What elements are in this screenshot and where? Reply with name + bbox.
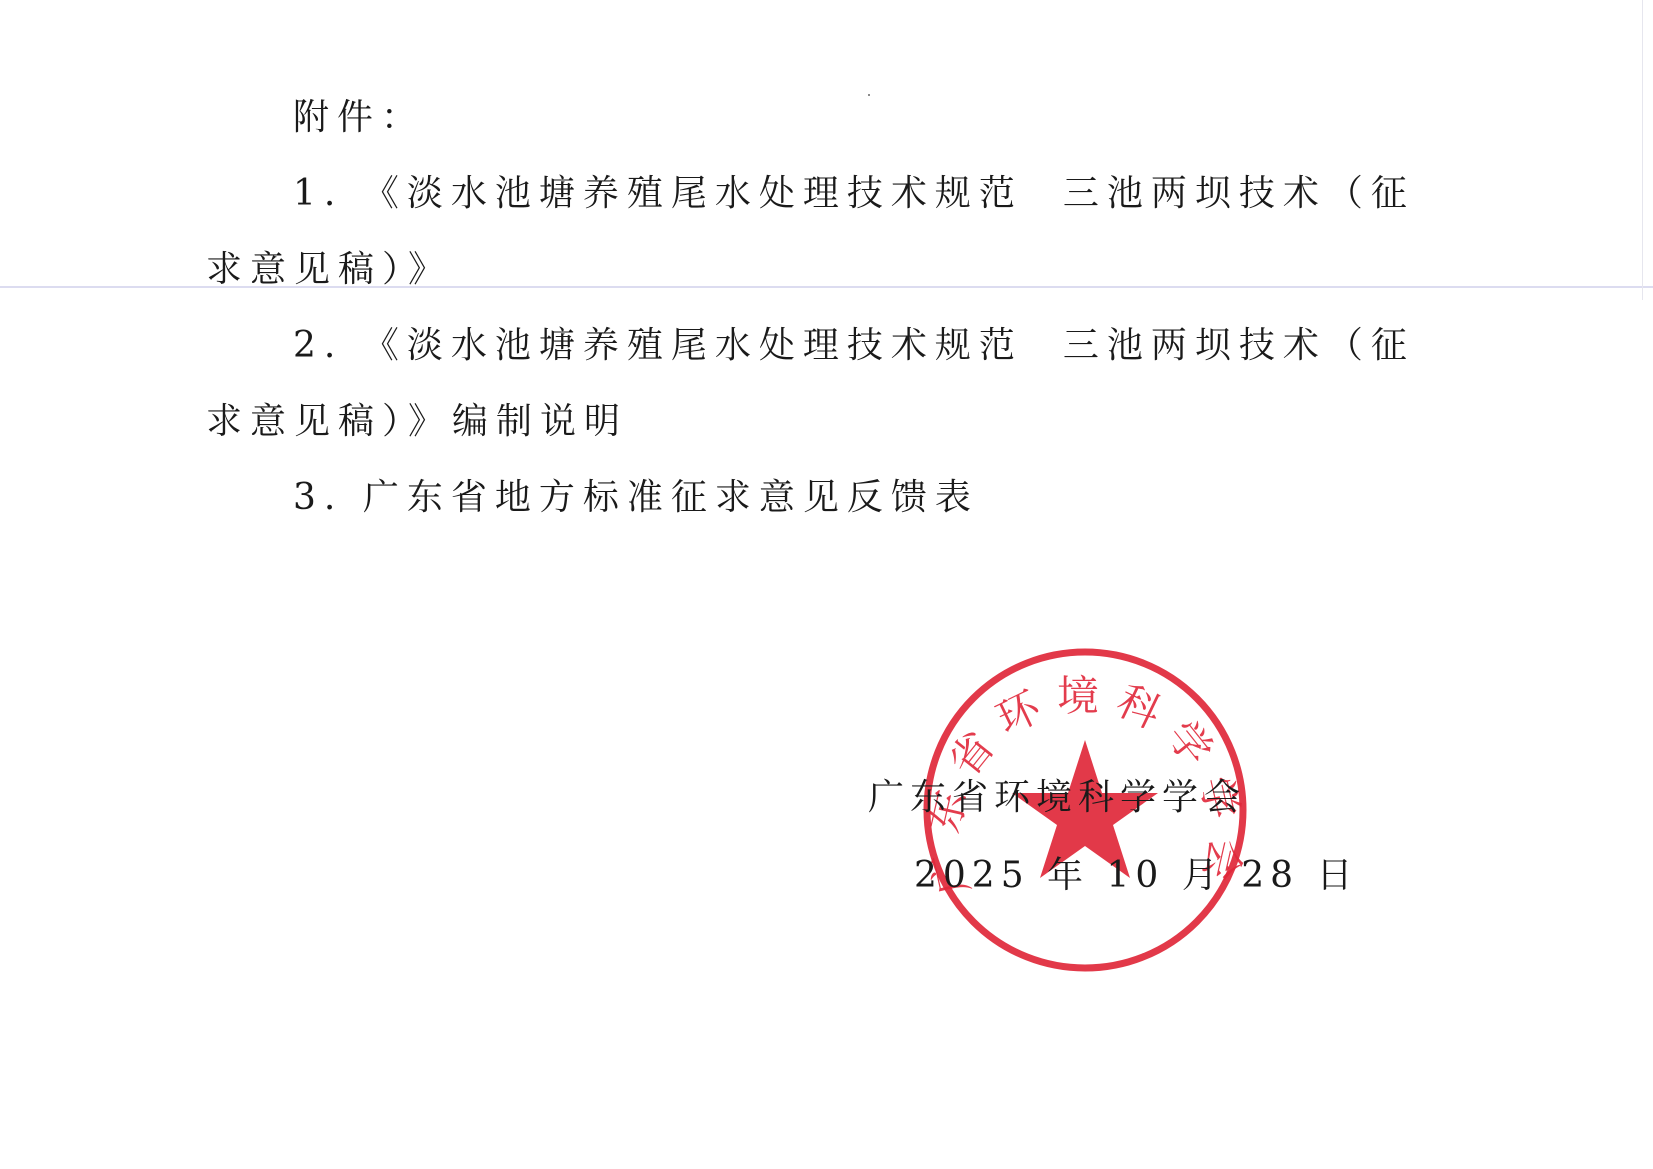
attachment-2-line-2: 求意见稿）》编制说明 [206, 400, 628, 444]
attachments-heading: 附件： [293, 96, 425, 140]
attachment-2-line-1: 2. 《淡水池塘养殖尾水处理技术规范三池两坝技术（征 [293, 324, 1415, 368]
attachment-1-title: 《淡水池塘养殖尾水处理技术规范 [363, 173, 1023, 214]
scan-edge-line [1642, 0, 1643, 300]
attachment-2-title: 《淡水池塘养殖尾水处理技术规范 [363, 325, 1023, 366]
document-page: 附件： 1. 《淡水池塘养殖尾水处理技术规范三池两坝技术（征 求意见稿）》 2.… [0, 0, 1653, 1169]
signature-organization: 广东省环境科学学会 [868, 776, 1246, 820]
attachment-1-line-1: 1. 《淡水池塘养殖尾水处理技术规范三池两坝技术（征 [293, 172, 1415, 216]
signature-date: 2025 年 10 月 28 日 [914, 854, 1358, 898]
attachment-3-number: 3. [293, 477, 343, 518]
attachment-1-title-suffix: 三池两坝技术（征 [1063, 173, 1415, 214]
attachment-2-title-suffix: 三池两坝技术（征 [1063, 325, 1415, 366]
attachment-3-line-1: 3. 广东省地方标准征求意见反馈表 [293, 476, 979, 520]
attachment-1-number: 1. [293, 173, 343, 214]
attachment-1-line-2: 求意见稿）》 [206, 248, 452, 292]
attachment-2-number: 2. [293, 325, 343, 366]
scan-speck [868, 94, 870, 96]
attachment-3-title: 广东省地方标准征求意见反馈表 [363, 477, 979, 518]
